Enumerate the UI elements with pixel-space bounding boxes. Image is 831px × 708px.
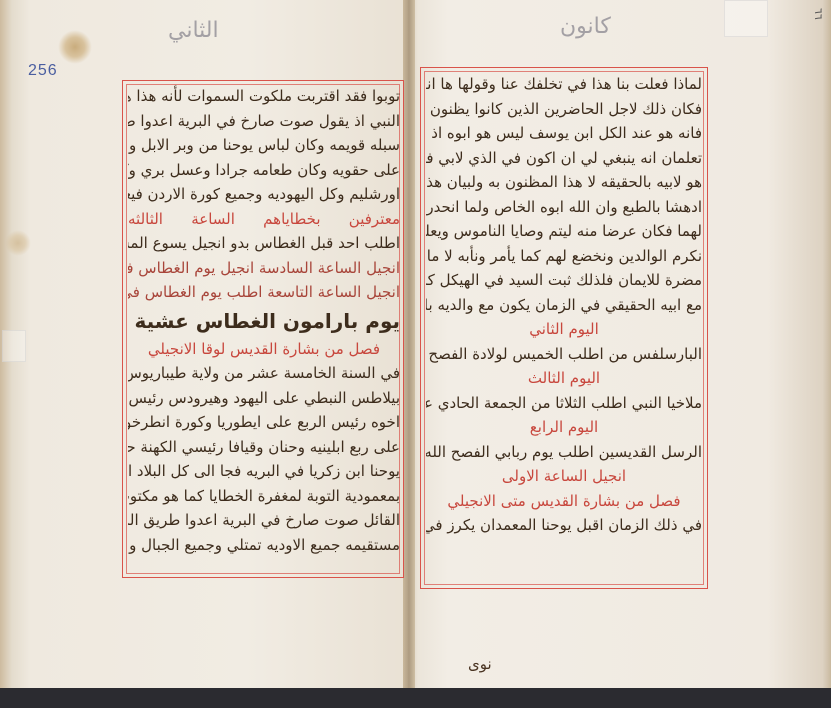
rubric-line: اليوم الثاني bbox=[426, 317, 702, 342]
pencil-header-right: كانون bbox=[560, 14, 611, 39]
text-line: مستقيمه جميع الاوديه تمتلي وجميع الجبال … bbox=[128, 533, 400, 558]
text-line: على ربع ابلينيه وحنان وقيافا رئيسي الكهن… bbox=[128, 435, 400, 460]
text-line: انجيل الساعة السادسة انجيل يوم الغطاس في… bbox=[128, 256, 400, 281]
text-line: انجيل الساعة التاسعة اطلب يوم الغطاس في … bbox=[128, 280, 400, 305]
pencil-header-left: الثاني bbox=[168, 18, 219, 43]
section-heading: يوم بارامون الغطاس عشية في القداس bbox=[128, 305, 400, 337]
text-line: النبي اذ يقول صوت صارخ في البرية اعدوا ط… bbox=[128, 109, 400, 134]
foxing-stain bbox=[58, 30, 92, 64]
text-line: الرسل القديسين اطلب يوم ربابي الفصح الله… bbox=[426, 440, 702, 465]
text-line: بمعمودية التوبة لمغفرة الخطايا كما هو مك… bbox=[128, 484, 400, 509]
text-line: اطلب احد قبل الغطاس بدو انجيل يسوع المسي… bbox=[128, 231, 400, 256]
text-line: ادهشا بالطبع وان الله ابوه الخاص ولما ان… bbox=[426, 195, 702, 220]
text-line: في ذلك الزمان اقبل يوحنا المعمدان يكرز ف… bbox=[426, 513, 702, 538]
catchword: نوى bbox=[468, 655, 492, 673]
manuscript-photo: 256 الثاني كانون ٦٦ نوى توبوا فقد اقتربت… bbox=[0, 0, 831, 708]
corner-marking: ٦٦ bbox=[812, 8, 825, 20]
folio-number: 256 bbox=[28, 62, 58, 80]
text-line: معترفين بخطاياهم الساعة الثالثه bbox=[128, 207, 400, 232]
left-page-text: توبوا فقد اقتربت ملكوت السموات لأنه هذا … bbox=[128, 84, 400, 557]
text-line: بيلاطس النبطي على اليهود وهيرودس رئيس ال… bbox=[128, 386, 400, 411]
foxing-stain bbox=[5, 230, 31, 256]
rubric-line: اليوم الرابع bbox=[426, 415, 702, 440]
text-line: لماذا فعلت بنا هذا في تخلفك عنا وقولها ه… bbox=[426, 72, 702, 97]
repair-tape bbox=[724, 0, 768, 37]
repair-tape bbox=[2, 330, 26, 362]
rubric-line: فصل من بشارة القديس متى الانجيلي bbox=[426, 489, 702, 514]
text-line: القائل صوت صارخ في البرية اعدوا طريق الر… bbox=[128, 508, 400, 533]
text-line: اخوه رئيس الربع على ايطوريا وكورة انطرخو… bbox=[128, 410, 400, 435]
text-line: في السنة الخامسة عشر من ولاية طيباريوس ق… bbox=[128, 361, 400, 386]
text-line: لهما فكان عرضا منه ليتم وصايا الناموس وي… bbox=[426, 219, 702, 244]
book-gutter bbox=[403, 0, 415, 705]
text-line: نكرم الوالدين ونخضع لهم كما يأمر ونأبه ل… bbox=[426, 244, 702, 269]
text-line: تعلمان انه ينبغي لي ان اكون في الذي لابي… bbox=[426, 146, 702, 171]
text-line: اورشليم وكل اليهوديه وجميع كورة الاردن ف… bbox=[128, 182, 400, 207]
rubric-line: فصل من بشارة القديس لوقا الانجيلي bbox=[128, 337, 400, 362]
text-line: يوحنا ابن زكريا في البريه فجا الى كل الب… bbox=[128, 459, 400, 484]
text-line: البارسلفس من اطلب الخميس لولادة الفصح في… bbox=[426, 342, 702, 367]
text-line: سبله قويمه وكان لباس يوحنا من وبر الابل … bbox=[128, 133, 400, 158]
text-line: فانه هو عند الكل ابن يوسف ليس هو ابوه اذ… bbox=[426, 121, 702, 146]
text-line: مع ابيه الحقيقي في الزمان يكون مع والديه… bbox=[426, 293, 702, 318]
text-line: ملاخيا النبي اطلب الثلاثا من الجمعة الحا… bbox=[426, 391, 702, 416]
text-line: على حقويه وكان طعامه جرادا وعسل بري وكان… bbox=[128, 158, 400, 183]
rubric-line: انجيل الساعة الاولى bbox=[426, 464, 702, 489]
text-line: توبوا فقد اقتربت ملكوت السموات لأنه هذا … bbox=[128, 84, 400, 109]
background-edge bbox=[0, 688, 831, 708]
text-line: هو لابيه بالحقيقه لا هذا المظنون به ولبي… bbox=[426, 170, 702, 195]
right-page-text: لماذا فعلت بنا هذا في تخلفك عنا وقولها ه… bbox=[426, 72, 702, 538]
text-line: فكان ذلك لاجل الحاضرين الذين كانوا يظنون… bbox=[426, 97, 702, 122]
rubric-line: اليوم الثالث bbox=[426, 366, 702, 391]
text-line: مضرة للايمان فلذلك ثبت السيد في الهيكل ك… bbox=[426, 268, 702, 293]
